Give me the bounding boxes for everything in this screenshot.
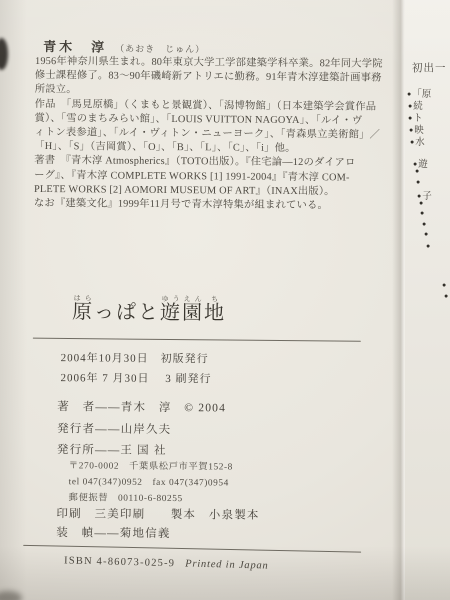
title-segment: 原はら [72, 301, 94, 323]
facing-page-bullet-list: ●「原 ●続 ●ト ●映 ●水 ●遊 ● ● ●子 ● ● ● [405, 0, 450, 600]
bullet-icon: ● [409, 126, 413, 134]
facing-page-bullet-item: ● [420, 209, 425, 219]
bullet-icon: ● [424, 230, 428, 238]
title-segment: っぱと [94, 301, 160, 324]
colophon-content: 青木 淳 （あおき じゅん） 1956年神奈川県生まれ。80年東京大学工学部建築… [0, 0, 405, 600]
facing-page-bullet-item: ● [416, 178, 421, 188]
book-title: 原はらっぱと遊園ゆうえん地ち [72, 294, 226, 325]
facing-page-bullet-item: ● [415, 167, 420, 177]
colophon-page: 青木 淳 （あおき じゅん） 1956年神奈川県生まれ。80年東京大学工学部建築… [0, 0, 405, 600]
bullet-icon: ● [408, 114, 412, 122]
book-page-photo: 青木 淳 （あおき じゅん） 1956年神奈川県生まれ。80年東京大学工学部建築… [0, 0, 450, 600]
isbn-line: ISBN 4-86073-025-9Printed in Japan [64, 555, 269, 571]
author-name-reading: （あおき じゅん） [115, 44, 205, 55]
bullet-icon: ● [422, 220, 426, 228]
author-name: 青木 淳 [43, 39, 107, 55]
bullet-icon: ● [407, 90, 411, 98]
facing-page-bullet-item: ● [426, 242, 431, 252]
bullet-icon: ● [410, 138, 414, 146]
facing-page-bullet-item: ● [424, 230, 429, 240]
address-line: tel 047(347)0952 fax 047(347)0954 [69, 474, 233, 491]
facing-page-bullet-item: ● [419, 199, 424, 209]
title-segment: 地ち [204, 302, 226, 324]
bullet-text-fragment: 水 [415, 138, 425, 148]
bullet-icon: ● [420, 209, 424, 217]
bullet-icon: ● [415, 167, 419, 175]
bullet-icon: ● [426, 242, 430, 250]
facing-page-bullet-item: ●水 [410, 134, 425, 148]
facing-page-bullet-item: ● [444, 292, 449, 302]
isbn-number: ISBN 4-86073-025-9 [64, 555, 175, 569]
imprint-line: 印刷 三美印刷 製本 小泉製本 [56, 505, 259, 525]
imprint-rows-top: 著 者――青木 淳 © 2004発行者――山岸久夫発行所――王 国 社 [57, 397, 226, 463]
edition-date-line: 2004年10月30日 初版発行 [61, 348, 212, 369]
bullet-icon: ● [419, 199, 423, 207]
imprint-line: 発行者――山岸久夫 [57, 419, 226, 442]
edition-date-line: 2006年 7 月30日 3 刷発行 [60, 368, 211, 389]
bullet-icon: ● [444, 292, 448, 300]
facing-page-edge: 初出一 ●「原 ●続 ●ト ●映 ●水 ●遊 ● ● ●子 ● [405, 0, 450, 600]
facing-page-bullet-item: ● [442, 281, 447, 291]
publisher-address: 〒270-0002 千葉県松戸市平賀152-8tel 047(347)0952 … [68, 458, 232, 507]
divider-rule-top [33, 338, 361, 343]
bio-line: なお『建築文化』1999年11月号で青木淳特集が組まれている。 [34, 197, 408, 214]
imprint-line: 装 幀――菊地信義 [56, 524, 259, 544]
address-line: 〒270-0002 千葉県松戸市平賀152-8 [69, 458, 233, 475]
divider-rule-bottom [23, 545, 361, 553]
imprint-line: 著 者――青木 淳 © 2004 [57, 397, 226, 420]
author-bio: 1956年神奈川県生まれ。80年東京大学工学部建築学科卒業。82年同大学院修士課… [34, 55, 409, 214]
imprint-rows-bottom: 印刷 三美印刷 製本 小泉製本装 幀――菊地信義 [56, 505, 259, 544]
facing-page-bullet-item: ● [422, 220, 427, 230]
bullet-icon: ● [408, 102, 412, 110]
printed-in-japan: Printed in Japan [185, 558, 269, 571]
edition-dates: 2004年10月30日 初版発行2006年 7 月30日 3 刷発行 [60, 348, 211, 389]
bullet-icon: ● [416, 178, 420, 186]
title-segment: 遊園ゆうえん [160, 302, 204, 324]
author-heading: 青木 淳 （あおき じゅん） [43, 36, 205, 57]
bullet-icon: ● [442, 281, 446, 289]
